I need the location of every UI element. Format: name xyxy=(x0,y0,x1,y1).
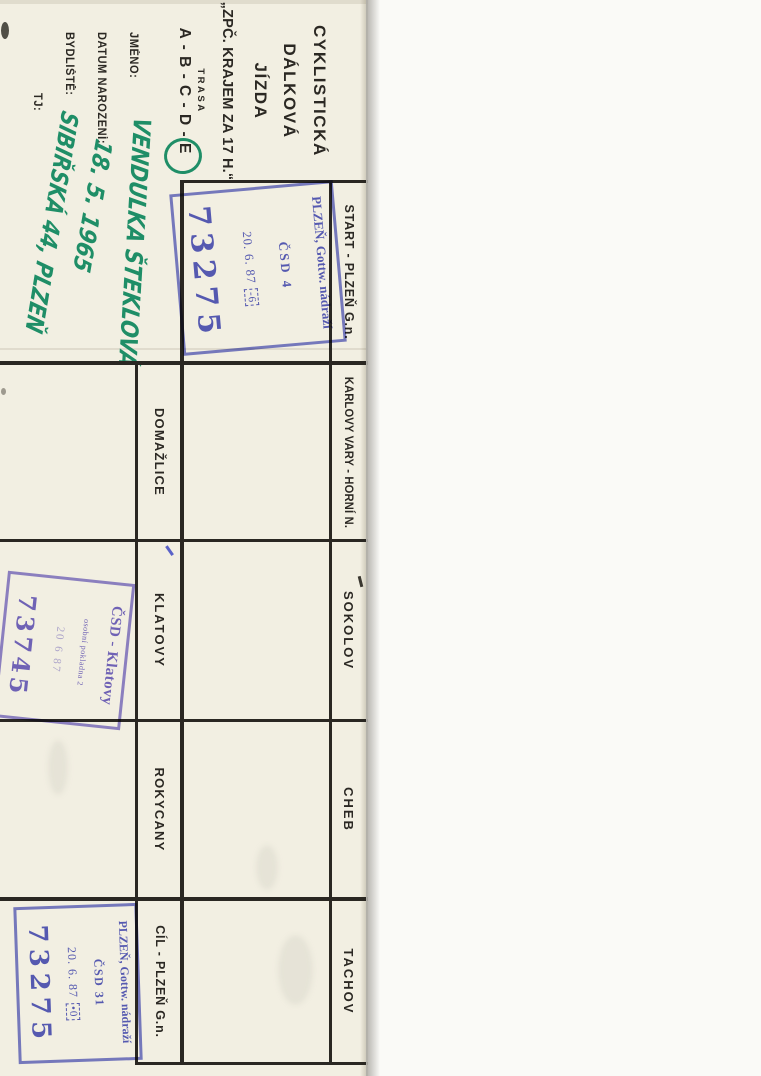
scan-smudge xyxy=(256,845,278,890)
field-label-name: JMÉNO: xyxy=(127,32,139,78)
stamp-station-name: ČSD - Klatovy xyxy=(98,605,125,706)
ink-speck xyxy=(1,22,9,39)
stamp-start-plzen: PLZEŇ, Gottw. nádraží ČSD 4 20. 6. 87-6 … xyxy=(169,180,346,356)
table-line xyxy=(0,539,368,542)
checkpoint-label-cheb: CHEB xyxy=(332,723,366,896)
stamp-date-text: 20. 6. 87 xyxy=(65,947,81,998)
stamp-date-code: -6 xyxy=(244,288,259,306)
checkpoint-label-domazlice: DOMAŽLICE xyxy=(139,366,181,538)
checkpoint-label-karlovy-vary: KARLOVY VARY - HORNÍ N. xyxy=(332,366,366,538)
stamp-cil-plzen: PLZEŇ, Gottw. nádraží ČSD 31 20. 6. 87•0… xyxy=(13,903,142,1064)
handwritten-name: VENDULKA ŠTEKLOVÁ xyxy=(113,115,156,369)
checkpoint-label-klatovy: KLATOVY xyxy=(139,543,181,718)
field-label-address: BYDLIŠTĚ: xyxy=(63,32,75,95)
stamp-date-text: 20. 6. 87 xyxy=(239,231,258,285)
card-edge-shadow xyxy=(366,0,380,1076)
checkpoint-label-text: KARLOVY VARY - HORNÍ N. xyxy=(342,376,356,527)
checkpoint-label-rokycany: ROKYCANY xyxy=(139,723,181,896)
stamp-serial-number: 73275 xyxy=(180,204,227,341)
stamp-station-name: PLZEŇ, Gottw. nádraží xyxy=(115,920,134,1043)
stamp-klatovy: ČSD - Klatovy osobní pokladna 2 20 6 87 … xyxy=(0,571,135,731)
stamp-station-name: PLZEŇ, Gottw. nádraží xyxy=(308,196,336,330)
stamp-office: osobní pokladna 2 xyxy=(75,619,91,687)
card-title-line-3: JÍZDA xyxy=(250,0,270,182)
stamp-date: 20 6 87 xyxy=(50,626,67,674)
scanned-checkpoint-card-page: CYKLISTICKÁ DÁLKOVÁ JÍZDA „ZPČ. KRAJEM Z… xyxy=(0,0,761,1076)
table-line xyxy=(0,897,368,901)
checkpoint-label-cil-plzen: CÍL - PLZEŇ G.n. xyxy=(139,902,181,1061)
field-label-birthdate: DATUM NAROZENÍ: xyxy=(95,32,107,144)
checkpoint-label-tachov: TACHOV xyxy=(332,902,366,1061)
card-subtitle: „ZPČ. KRAJEM ZA 17 H.“ xyxy=(219,0,235,182)
table-line xyxy=(184,180,368,183)
card-title-line-2: DÁLKOVÁ xyxy=(279,0,299,182)
stamp-serial-number: 73745 xyxy=(3,593,43,699)
ink-speck xyxy=(1,388,6,395)
stamp-date-code: •0 xyxy=(66,1003,81,1021)
table-line xyxy=(0,361,368,365)
stamp-date: 20. 6. 87-6 xyxy=(238,231,259,307)
card-title-line-1: CYKLISTICKÁ xyxy=(309,0,329,182)
field-label-club: TJ: xyxy=(31,93,43,111)
handwritten-address: SIBIŘSKÁ 44, PLZEŇ xyxy=(20,108,84,336)
cycling-ride-card: CYKLISTICKÁ DÁLKOVÁ JÍZDA „ZPČ. KRAJEM Z… xyxy=(0,0,368,1076)
stamp-serial-number: 73275 xyxy=(22,924,56,1045)
checkpoint-label-sokolov: SOKOLOV xyxy=(332,543,366,718)
scan-smudge xyxy=(278,935,313,1005)
scan-smudge xyxy=(48,740,68,795)
stamp-date: 20. 6. 87•0 xyxy=(64,947,82,1021)
table-line xyxy=(137,1062,368,1065)
stamp-office: ČSD 31 xyxy=(90,959,107,1008)
stamp-office: ČSD 4 xyxy=(275,241,295,290)
